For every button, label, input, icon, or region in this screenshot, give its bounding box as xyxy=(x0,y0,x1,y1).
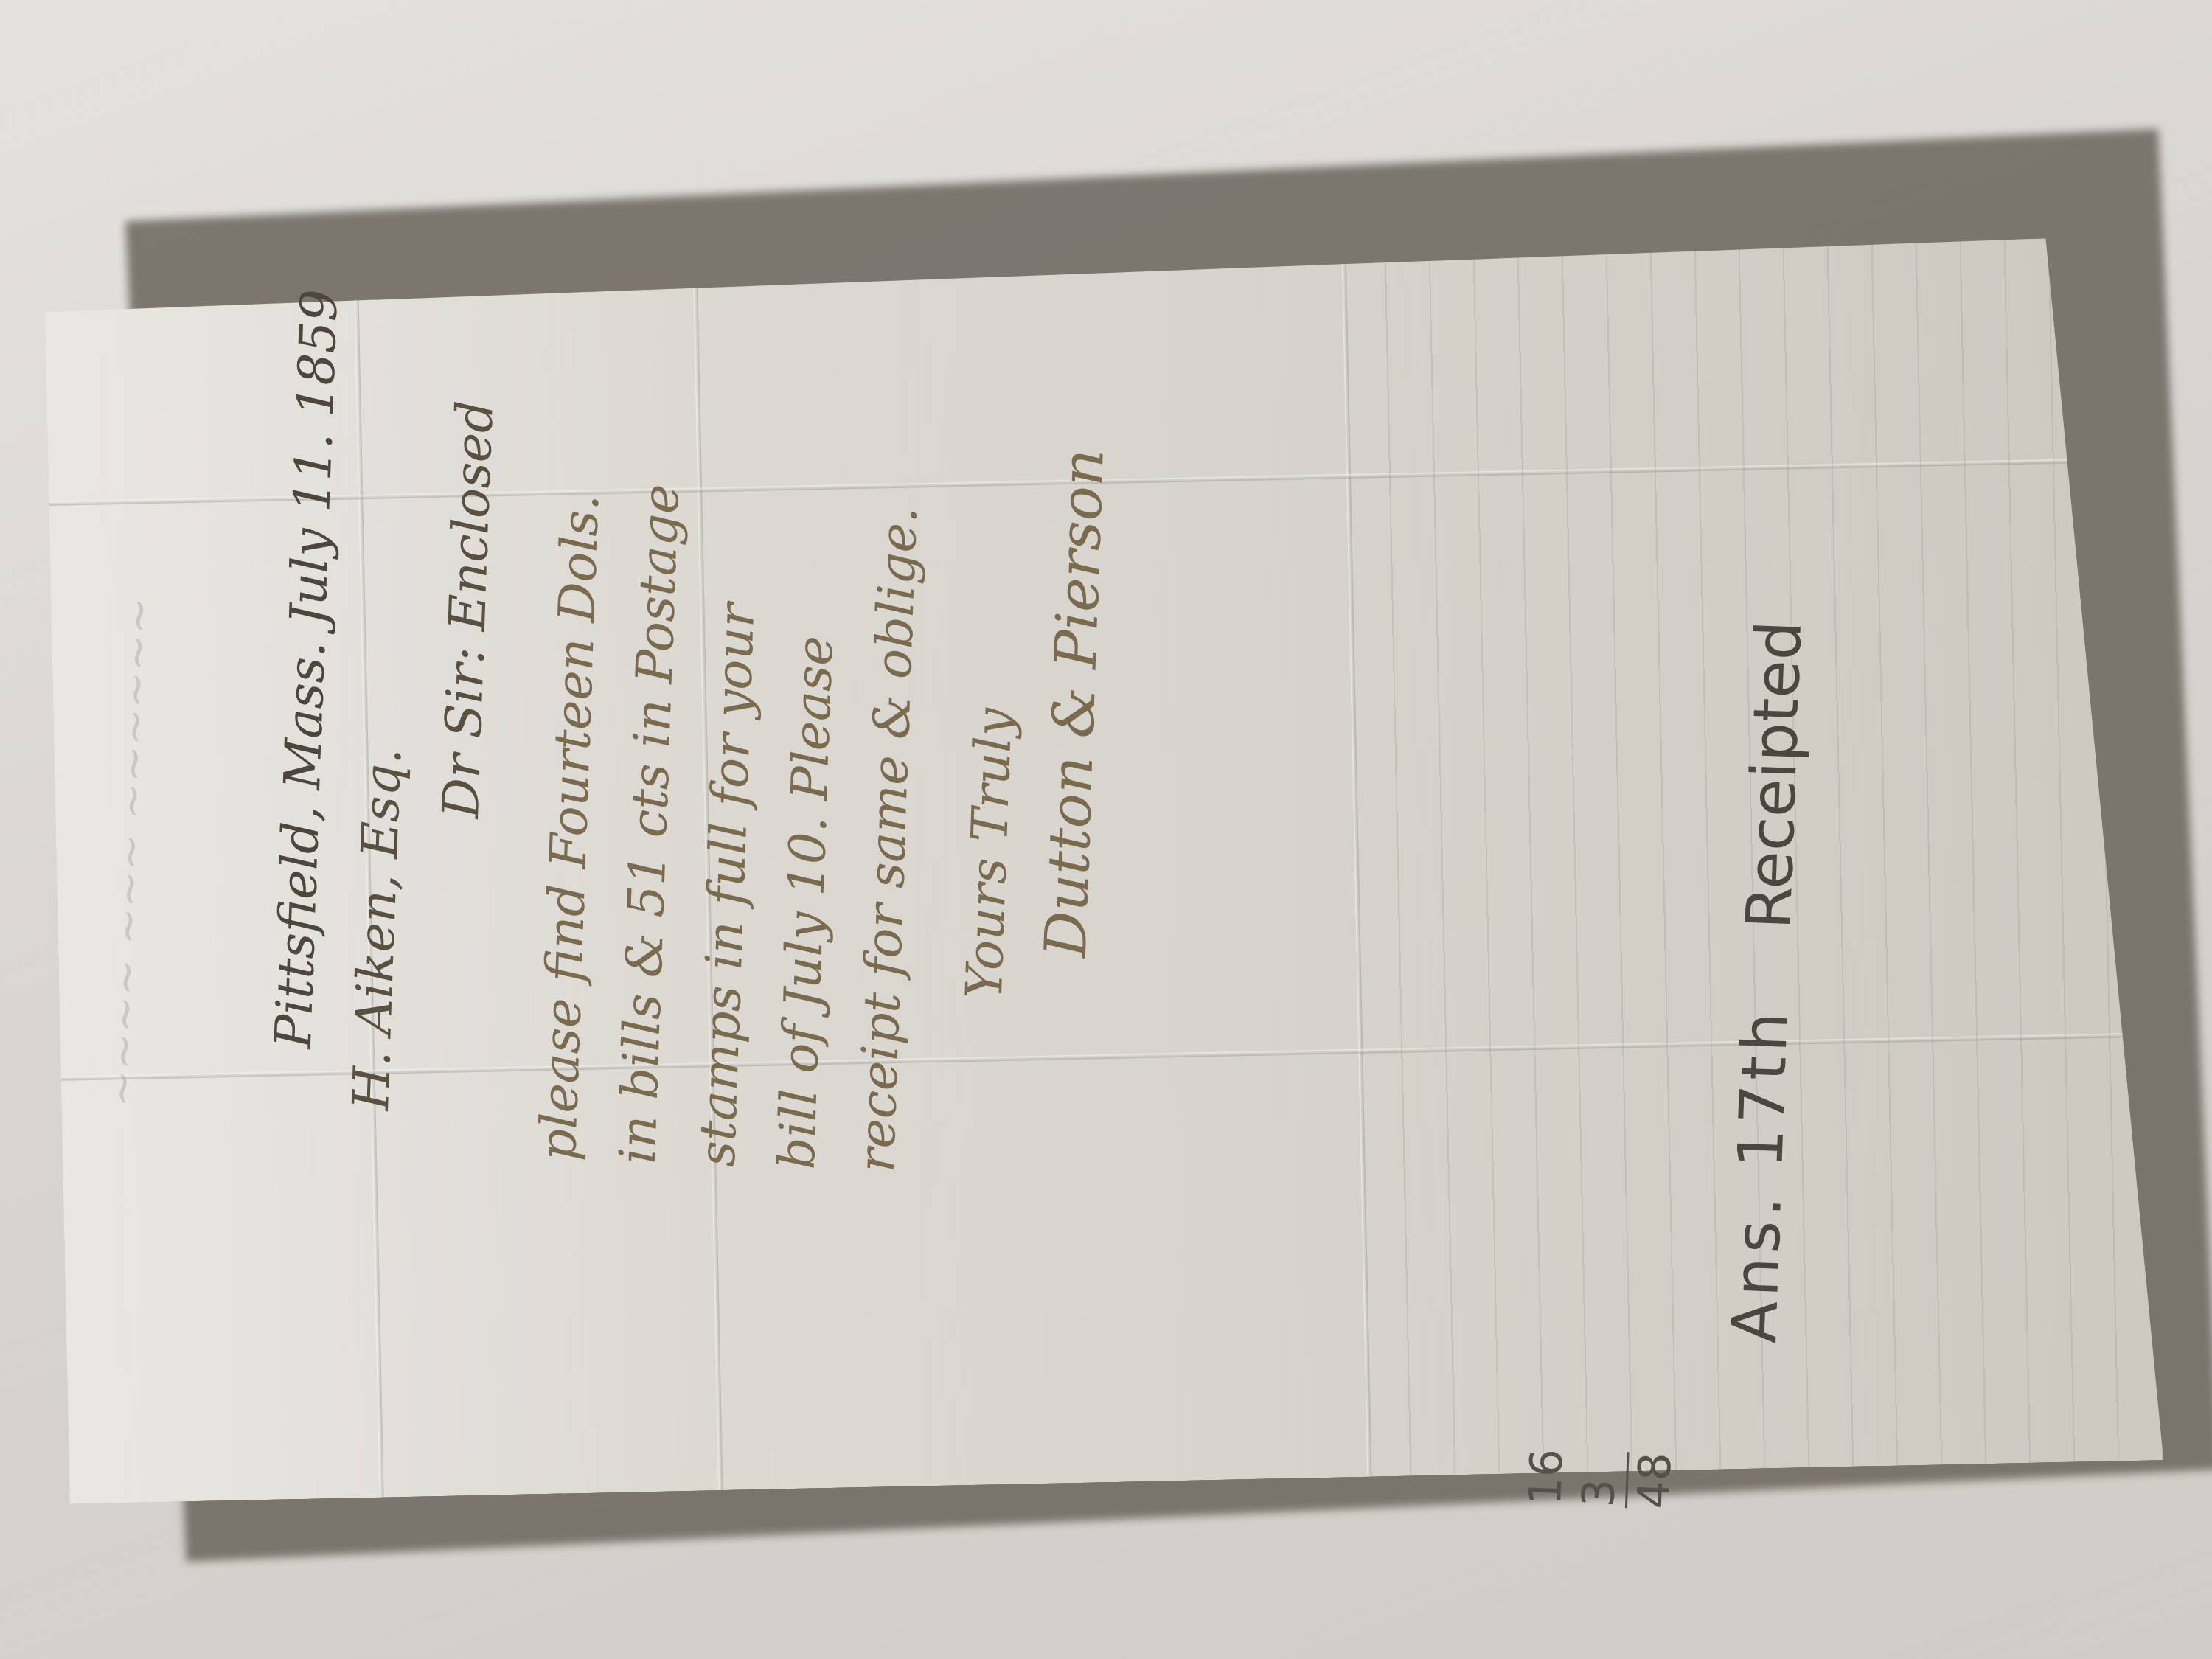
letter-text: Pittsfield, Mass. July 11. 1859 H. Aiken… xyxy=(251,45,1137,1180)
calc-result: 48 xyxy=(1625,1452,1683,1510)
pencil-calculation: 16 3 48 xyxy=(1519,1448,1683,1510)
calc-operand-a: 16 xyxy=(1519,1448,1574,1506)
calc-operand-b: 3 xyxy=(1572,1450,1627,1508)
docket-receipted: Receipted xyxy=(1733,619,1816,931)
docket-answer: Ans. 17th xyxy=(1718,1006,1802,1344)
